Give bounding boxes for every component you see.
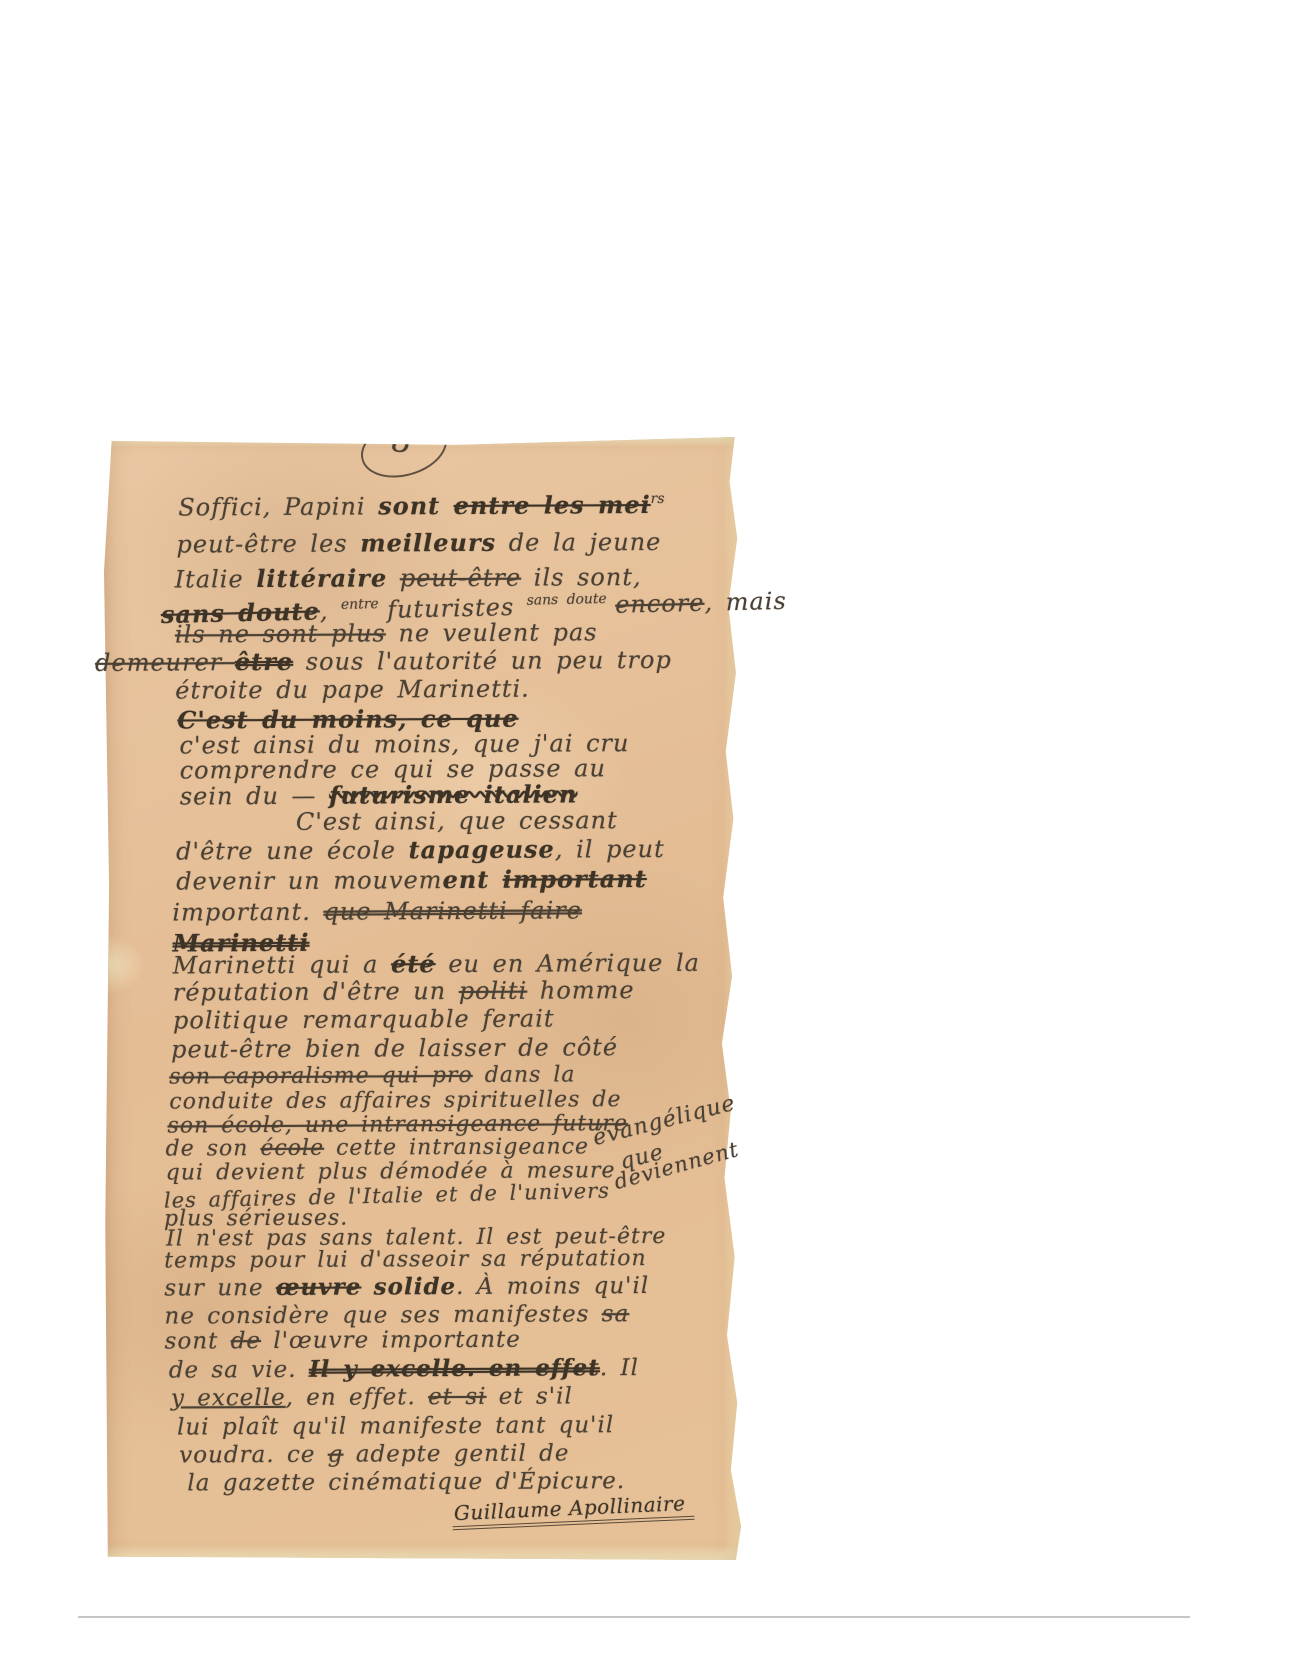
manuscript-line: de sa vie. Il y excelle. en effet. Il	[169, 1354, 639, 1383]
handwritten-text: d'être une école	[176, 836, 409, 865]
handwritten-text: cette intransigeance	[324, 1134, 601, 1160]
handwritten-text: y excelle	[171, 1385, 286, 1412]
struck-text: Il y excelle. en effet	[309, 1354, 600, 1383]
manuscript-line: étroite du pape Marinetti.	[175, 675, 530, 705]
manuscript-line: politique remarquable ferait	[173, 1005, 555, 1035]
struck-text: politi	[459, 977, 528, 1005]
handwritten-text: ent	[442, 865, 502, 894]
manuscript-line: demeurer être sous l'autorité un peu tro…	[95, 645, 672, 677]
struck-text: œuvre	[276, 1274, 362, 1301]
handwritten-text: devenir un mouvem	[176, 866, 442, 895]
handwritten-text: . Il	[600, 1355, 639, 1381]
handwritten-text: C'est ainsi, que cessant	[296, 806, 618, 836]
manuscript-line: voudra. ce g adepte gentil de	[179, 1440, 569, 1468]
struck-text: sa	[602, 1301, 630, 1327]
struck-text: ils ne sont plus	[175, 619, 386, 648]
handwritten-text: ne considère que ses manifestes	[164, 1301, 601, 1329]
handwritten-text: Italie	[175, 565, 257, 593]
handwritten-text: sont	[165, 1328, 231, 1354]
struck-text: été	[391, 949, 436, 978]
handwritten-text: eu en Amérique la	[436, 949, 700, 978]
handwritten-text: politique remarquable ferait	[173, 1005, 555, 1035]
page-divider-line	[78, 1616, 1190, 1618]
handwritten-text: la gazette cinématique d'Épicure.	[187, 1468, 625, 1496]
handwritten-text: sous l'autorité un peu trop	[293, 646, 672, 676]
handwritten-text: sur une	[164, 1275, 276, 1302]
manuscript-line: la gazette cinématique d'Épicure.	[187, 1468, 625, 1496]
manuscript-line: temps pour lui d'asseoir sa réputation	[164, 1246, 647, 1274]
handwritten-text: sein du —	[180, 782, 330, 811]
handwritten-text: et s'il	[486, 1383, 572, 1409]
handwritten-text	[361, 1274, 373, 1300]
handwritten-text: temps pour lui d'asseoir sa réputation	[164, 1246, 647, 1274]
struck-text: entre les mei	[454, 490, 651, 520]
handwritten-text: réputation d'être un	[173, 977, 459, 1006]
struck-text: peut-être	[400, 564, 521, 593]
handwritten-text: de sa vie.	[169, 1357, 309, 1384]
handwritten-text: peut-être les	[176, 530, 360, 559]
manuscript-line: peut-être bien de laisser de côté	[171, 1033, 618, 1063]
handwritten-text: solide	[374, 1273, 457, 1300]
struck-text: encore	[615, 589, 705, 619]
manuscript-line: ils ne sont plus ne veulent pas	[175, 618, 598, 648]
struck-text: que Marinetti faire	[323, 896, 582, 925]
struck-text: demeurer	[95, 648, 235, 677]
manuscript-line: y excelle, en effet. et si et s'il	[171, 1383, 573, 1411]
handwritten-text: tapageuse	[408, 835, 554, 865]
scan-page: 8 Soffici, Papini sont entre les meirspe…	[0, 0, 1301, 1672]
struck-text: école	[260, 1136, 324, 1161]
manuscript-line: lui plaît qu'il manifeste tant qu'il	[177, 1412, 614, 1440]
handwritten-text: ils sont,	[521, 563, 642, 592]
manuscript-line: conduite des affaires spirituelles de	[169, 1087, 621, 1114]
handwritten-text: meilleurs	[360, 528, 496, 558]
handwritten-text: Marinetti qui a	[173, 950, 392, 979]
handwritten-text: lui plaît qu'il manifeste tant qu'il	[177, 1412, 614, 1440]
handwritten-text: de la jeune	[496, 528, 661, 557]
manuscript-line: d'être une école tapageuse, il peut	[176, 834, 665, 866]
handwritten-text: important.	[172, 898, 323, 927]
handwritten-text: rs	[651, 491, 665, 507]
handwritten-text: conduite des affaires spirituelles de	[169, 1087, 621, 1114]
handwritten-text: , mais	[704, 587, 787, 617]
handwritten-text: adepte gentil de	[343, 1440, 569, 1467]
handwritten-text: , il peut	[555, 835, 665, 864]
handwritten-text: Soffici, Papini	[178, 492, 378, 521]
handwritten-text: sans doute	[527, 591, 616, 609]
struck-text: important	[503, 864, 647, 894]
handwritten-text	[387, 564, 400, 592]
manuscript-line: peut-être les meilleurs de la jeune	[176, 527, 661, 559]
manuscript-line: important. que Marinetti faire	[172, 896, 582, 926]
manuscript-line: réputation d'être un politi homme	[173, 976, 635, 1006]
handwritten-text: littéraire	[256, 563, 387, 593]
manuscript-line: devenir un mouvement important	[176, 864, 647, 895]
struck-text: être	[235, 647, 293, 676]
handwritten-text: de son	[166, 1136, 261, 1161]
handwritten-text: ne veulent pas	[386, 618, 598, 647]
manuscript-line: Italie littéraire peut-être ils sont,	[175, 562, 642, 593]
handwritten-text: , en effet.	[286, 1384, 429, 1411]
manuscript-line: sur une œuvre solide. À moins qu'il	[164, 1272, 649, 1302]
manuscript-line: C'est ainsi, que cessant	[296, 806, 618, 836]
handwritten-text: homme	[527, 976, 634, 1005]
manuscript-text: Soffici, Papini sont entre les meirspeut…	[0, 0, 1301, 1672]
manuscript-line: son caporalisme qui pro dans la	[169, 1062, 575, 1089]
struck-text: g	[328, 1442, 344, 1468]
handwritten-text: . À moins qu'il	[456, 1273, 649, 1300]
handwritten-text: entre	[341, 596, 387, 613]
manuscript-line: Soffici, Papini sont entre les meirs	[178, 490, 664, 522]
struck-text: de	[231, 1328, 261, 1354]
handwritten-text: l'œuvre importante	[261, 1327, 521, 1354]
handwritten-text: étroite du pape Marinetti.	[175, 675, 530, 705]
manuscript-line: Marinetti qui a été eu en Amérique la	[173, 948, 700, 980]
handwritten-text: dans la	[473, 1062, 576, 1088]
manuscript-line: sont de l'œuvre importante	[165, 1327, 521, 1355]
handwritten-text: sont	[378, 491, 454, 520]
struck-text: futurisme italien	[329, 779, 577, 809]
manuscript-line: ne considère que ses manifestes sa	[164, 1301, 629, 1329]
handwritten-text: voudra. ce	[179, 1442, 328, 1469]
handwritten-text: peut-être bien de laisser de côté	[171, 1033, 618, 1063]
struck-text: son caporalisme qui pro	[169, 1063, 473, 1090]
struck-text: et si	[428, 1384, 486, 1410]
